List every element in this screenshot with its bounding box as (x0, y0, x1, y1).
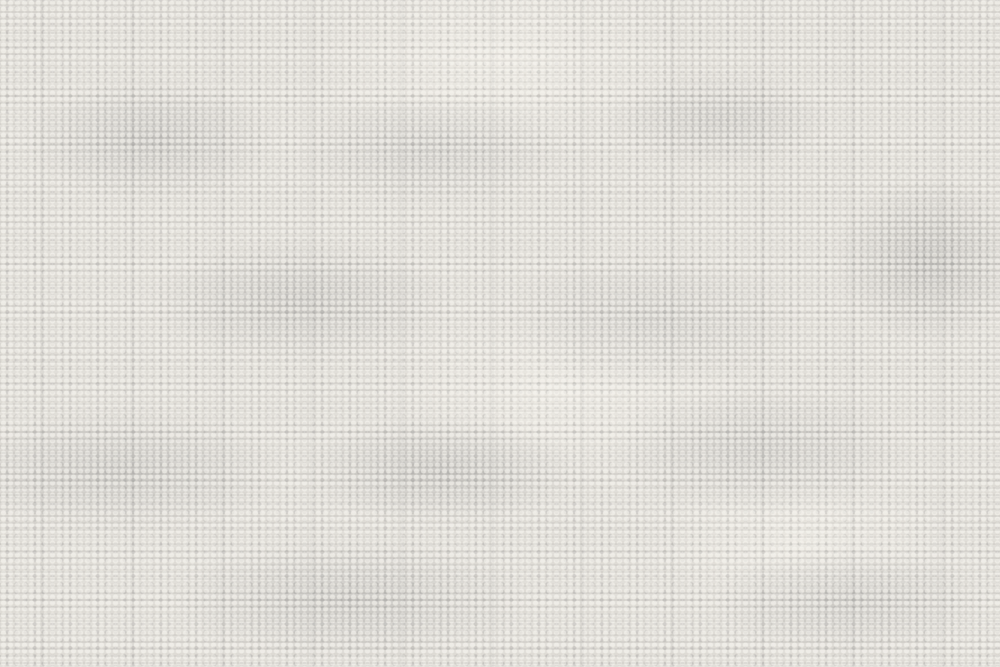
grey-streaks (0, 0, 1000, 667)
carpet-texture-photo (0, 0, 1000, 667)
